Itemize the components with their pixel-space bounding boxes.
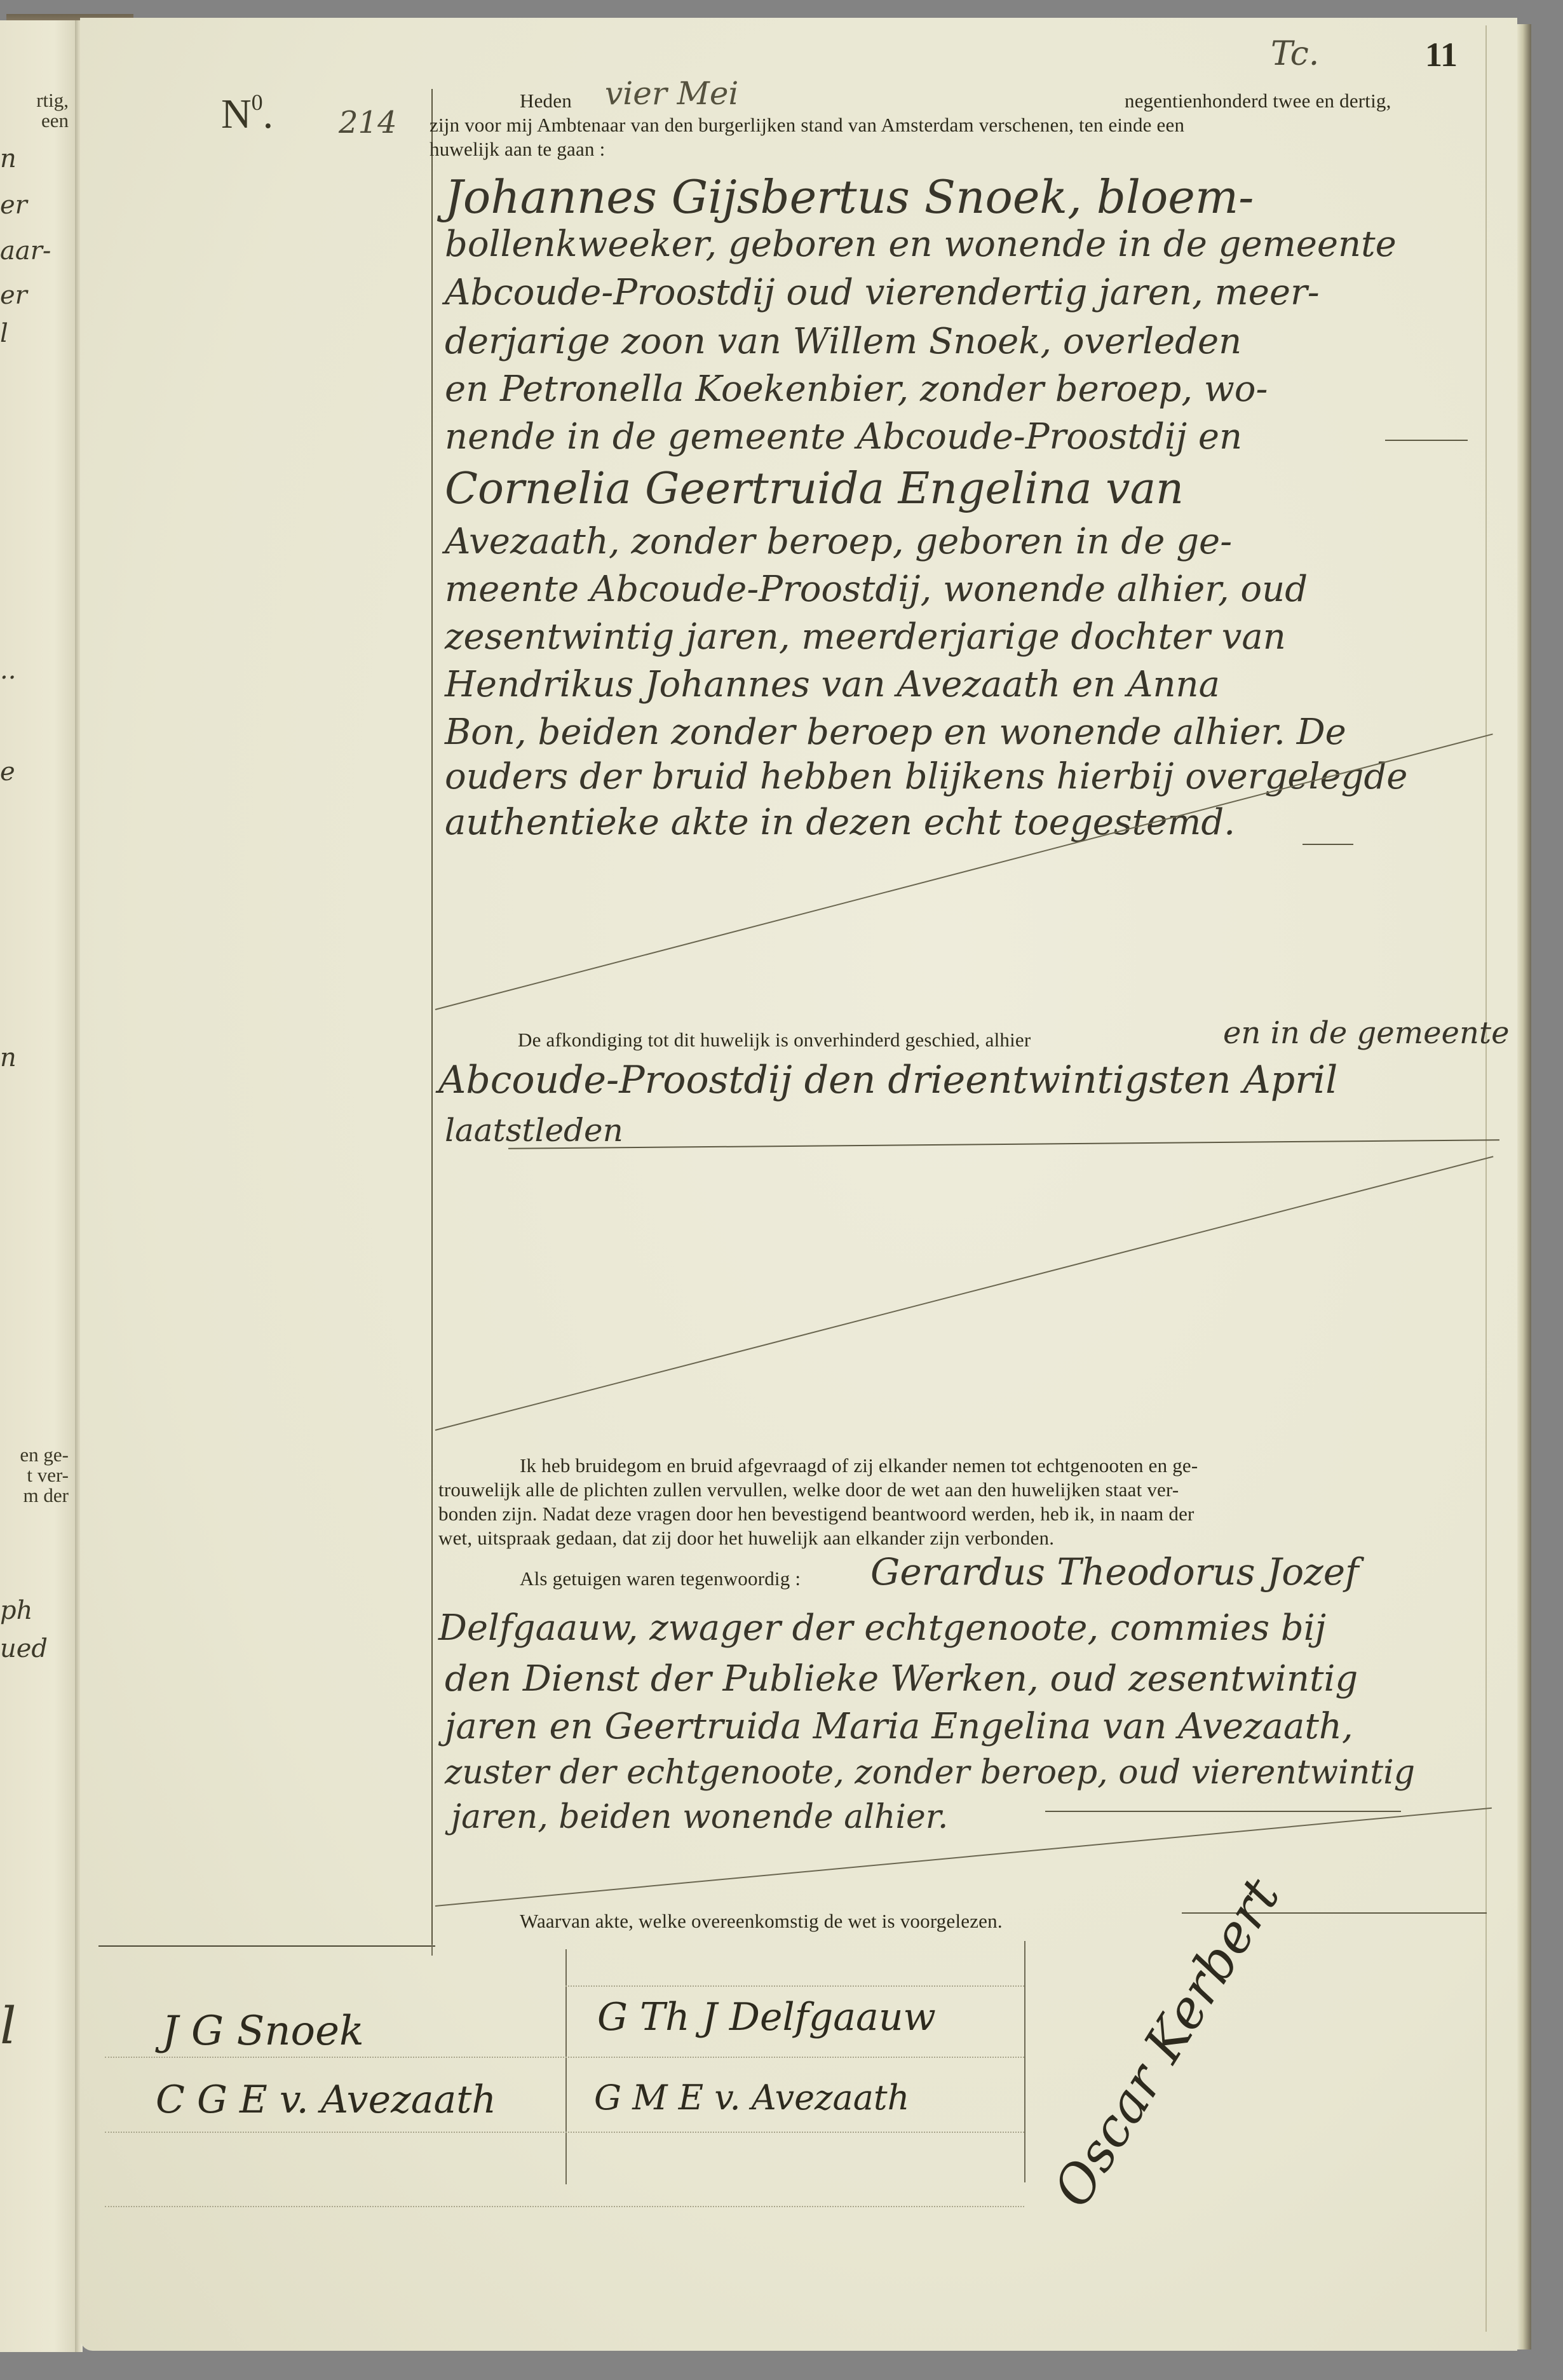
party-line: Abcoude-Proostdij oud vierendertig jaren…	[445, 272, 1320, 313]
witness-line: den Dienst der Publieke Werken, oud zese…	[445, 1658, 1358, 1700]
party-line: Hendrikus Johannes van Avezaath en Anna	[445, 664, 1220, 705]
signature-dotted-line	[105, 2206, 1024, 2207]
witness-line: jaren en Geertruida Maria Engelina van A…	[445, 1706, 1353, 1747]
witness-line: Delfgaauw, zwager der echtgenoote, commi…	[438, 1607, 1326, 1649]
proclamation-handwritten: laatstleden	[445, 1112, 623, 1149]
proclamation-handwritten: Abcoude-Proostdij den drieentwintigsten …	[438, 1058, 1337, 1102]
declaration-line: trouwelijk alle de plichten zullen vervu…	[438, 1478, 1179, 1502]
signature-dotted-line	[105, 2132, 1024, 2133]
signature-groom: J G Snoek	[162, 2008, 364, 2055]
year-printed: negentienhonderd twee en dertig,	[1125, 89, 1391, 113]
signature-rule	[98, 1945, 435, 1947]
party-line: Avezaath, zonder beroep, geboren in de g…	[445, 521, 1232, 562]
left-page-printed-fragment: een	[41, 109, 69, 132]
closing-statement: Waarvan akte, welke overeenkomstig de we…	[520, 1909, 1003, 1933]
party-line: authentieke akte in dezen echt toegestem…	[445, 802, 1235, 843]
witness-line: jaren, beiden wonende alhier.	[451, 1798, 948, 1836]
signature-dotted-line	[565, 1985, 1024, 1987]
heden-label: Heden	[520, 89, 572, 113]
party-line: ouders der bruid hebben blijkens hierbij…	[445, 756, 1407, 797]
left-margin-rule	[431, 89, 433, 1944]
party-line: derjarige zoon van Willem Snoek, overled…	[445, 321, 1242, 362]
left-page-handwriting: n	[0, 144, 17, 173]
fill-line	[1045, 1811, 1401, 1812]
record-number: 214	[339, 105, 397, 140]
right-margin-rule	[1485, 25, 1487, 2332]
left-page-handwriting: aar-	[0, 236, 51, 266]
witness-line: Gerardus Theodorus Jozef	[870, 1550, 1359, 1593]
signature-column-divider	[1024, 1941, 1025, 2182]
previous-page-fragment: rtig, een n er aar- er l .. e n en ge- t…	[0, 20, 78, 2352]
corner-annotation: Tc.	[1271, 35, 1319, 73]
left-page-handwriting: ph	[0, 1596, 32, 1625]
left-page-handwriting: l	[0, 1996, 17, 2055]
page-stack-edge	[1517, 24, 1531, 2350]
left-page-printed-fragment: rtig,	[36, 89, 69, 112]
left-page-printed-fragment: en ge-	[20, 1444, 69, 1466]
header-line-3: huwelijk aan te gaan :	[430, 137, 605, 161]
signature-dotted-line	[105, 2057, 1024, 2058]
party-line: en Petronella Koekenbier, zonder beroep,…	[445, 368, 1268, 410]
declaration-line: Ik heb bruidegom en bruid afgevraagd of …	[520, 1454, 1198, 1478]
header-line-2: zijn voor mij Ambtenaar van den burgerli…	[430, 113, 1184, 137]
witnesses-label: Als getuigen waren tegenwoordig :	[520, 1567, 801, 1591]
left-page-handwriting: er	[0, 191, 27, 220]
declaration-line: wet, uitspraak gedaan, dat zij door het …	[438, 1526, 1054, 1550]
party-line: Bon, beiden zonder beroep en wonende alh…	[445, 712, 1346, 753]
left-page-handwriting: n	[0, 1043, 17, 1072]
party-line: nende in de gemeente Abcoude-Proostdij e…	[445, 416, 1242, 457]
signature-witness-2: G M E v. Avezaath	[594, 2078, 909, 2118]
record-number-label: N0.	[221, 89, 273, 139]
party-line: meente Abcoude-Proostdij, wonende alhier…	[445, 569, 1308, 610]
party-line: Johannes Gijsbertus Snoek, bloem-	[445, 170, 1254, 224]
signature-divider	[431, 1944, 433, 1956]
party-line: Cornelia Geertruida Engelina van	[445, 464, 1184, 514]
page-number: 11	[1425, 35, 1458, 74]
declaration-line: bonden zijn. Nadat deze vragen door hen …	[438, 1502, 1194, 1526]
witness-line: zuster der echtgenoote, zonder beroep, o…	[445, 1754, 1415, 1792]
proclamation-printed: De afkondiging tot dit huwelijk is onver…	[518, 1028, 1031, 1052]
signature-bride: C G E v. Avezaath	[156, 2078, 496, 2122]
fill-line	[1302, 844, 1353, 845]
date-handwritten: vier Mei	[605, 75, 738, 112]
left-page-handwriting: er	[0, 281, 27, 310]
left-page-printed-fragment: m der	[24, 1484, 69, 1507]
party-line: bollenkweeker, geboren en wonende in de …	[445, 224, 1397, 265]
left-page-handwriting: ..	[0, 656, 16, 685]
left-page-printed-fragment: t ver-	[27, 1464, 69, 1487]
signature-witness-1: G Th J Delfgaauw	[597, 1995, 936, 2039]
fill-line	[1385, 440, 1468, 441]
left-page-handwriting: e	[0, 757, 15, 787]
proclamation-handwritten: en in de gemeente	[1223, 1015, 1510, 1051]
party-line: zesentwintig jaren, meerderjarige dochte…	[445, 616, 1286, 658]
left-page-handwriting: ued	[0, 1634, 48, 1663]
signature-column-divider	[565, 1949, 567, 2184]
left-page-handwriting: l	[0, 319, 8, 348]
